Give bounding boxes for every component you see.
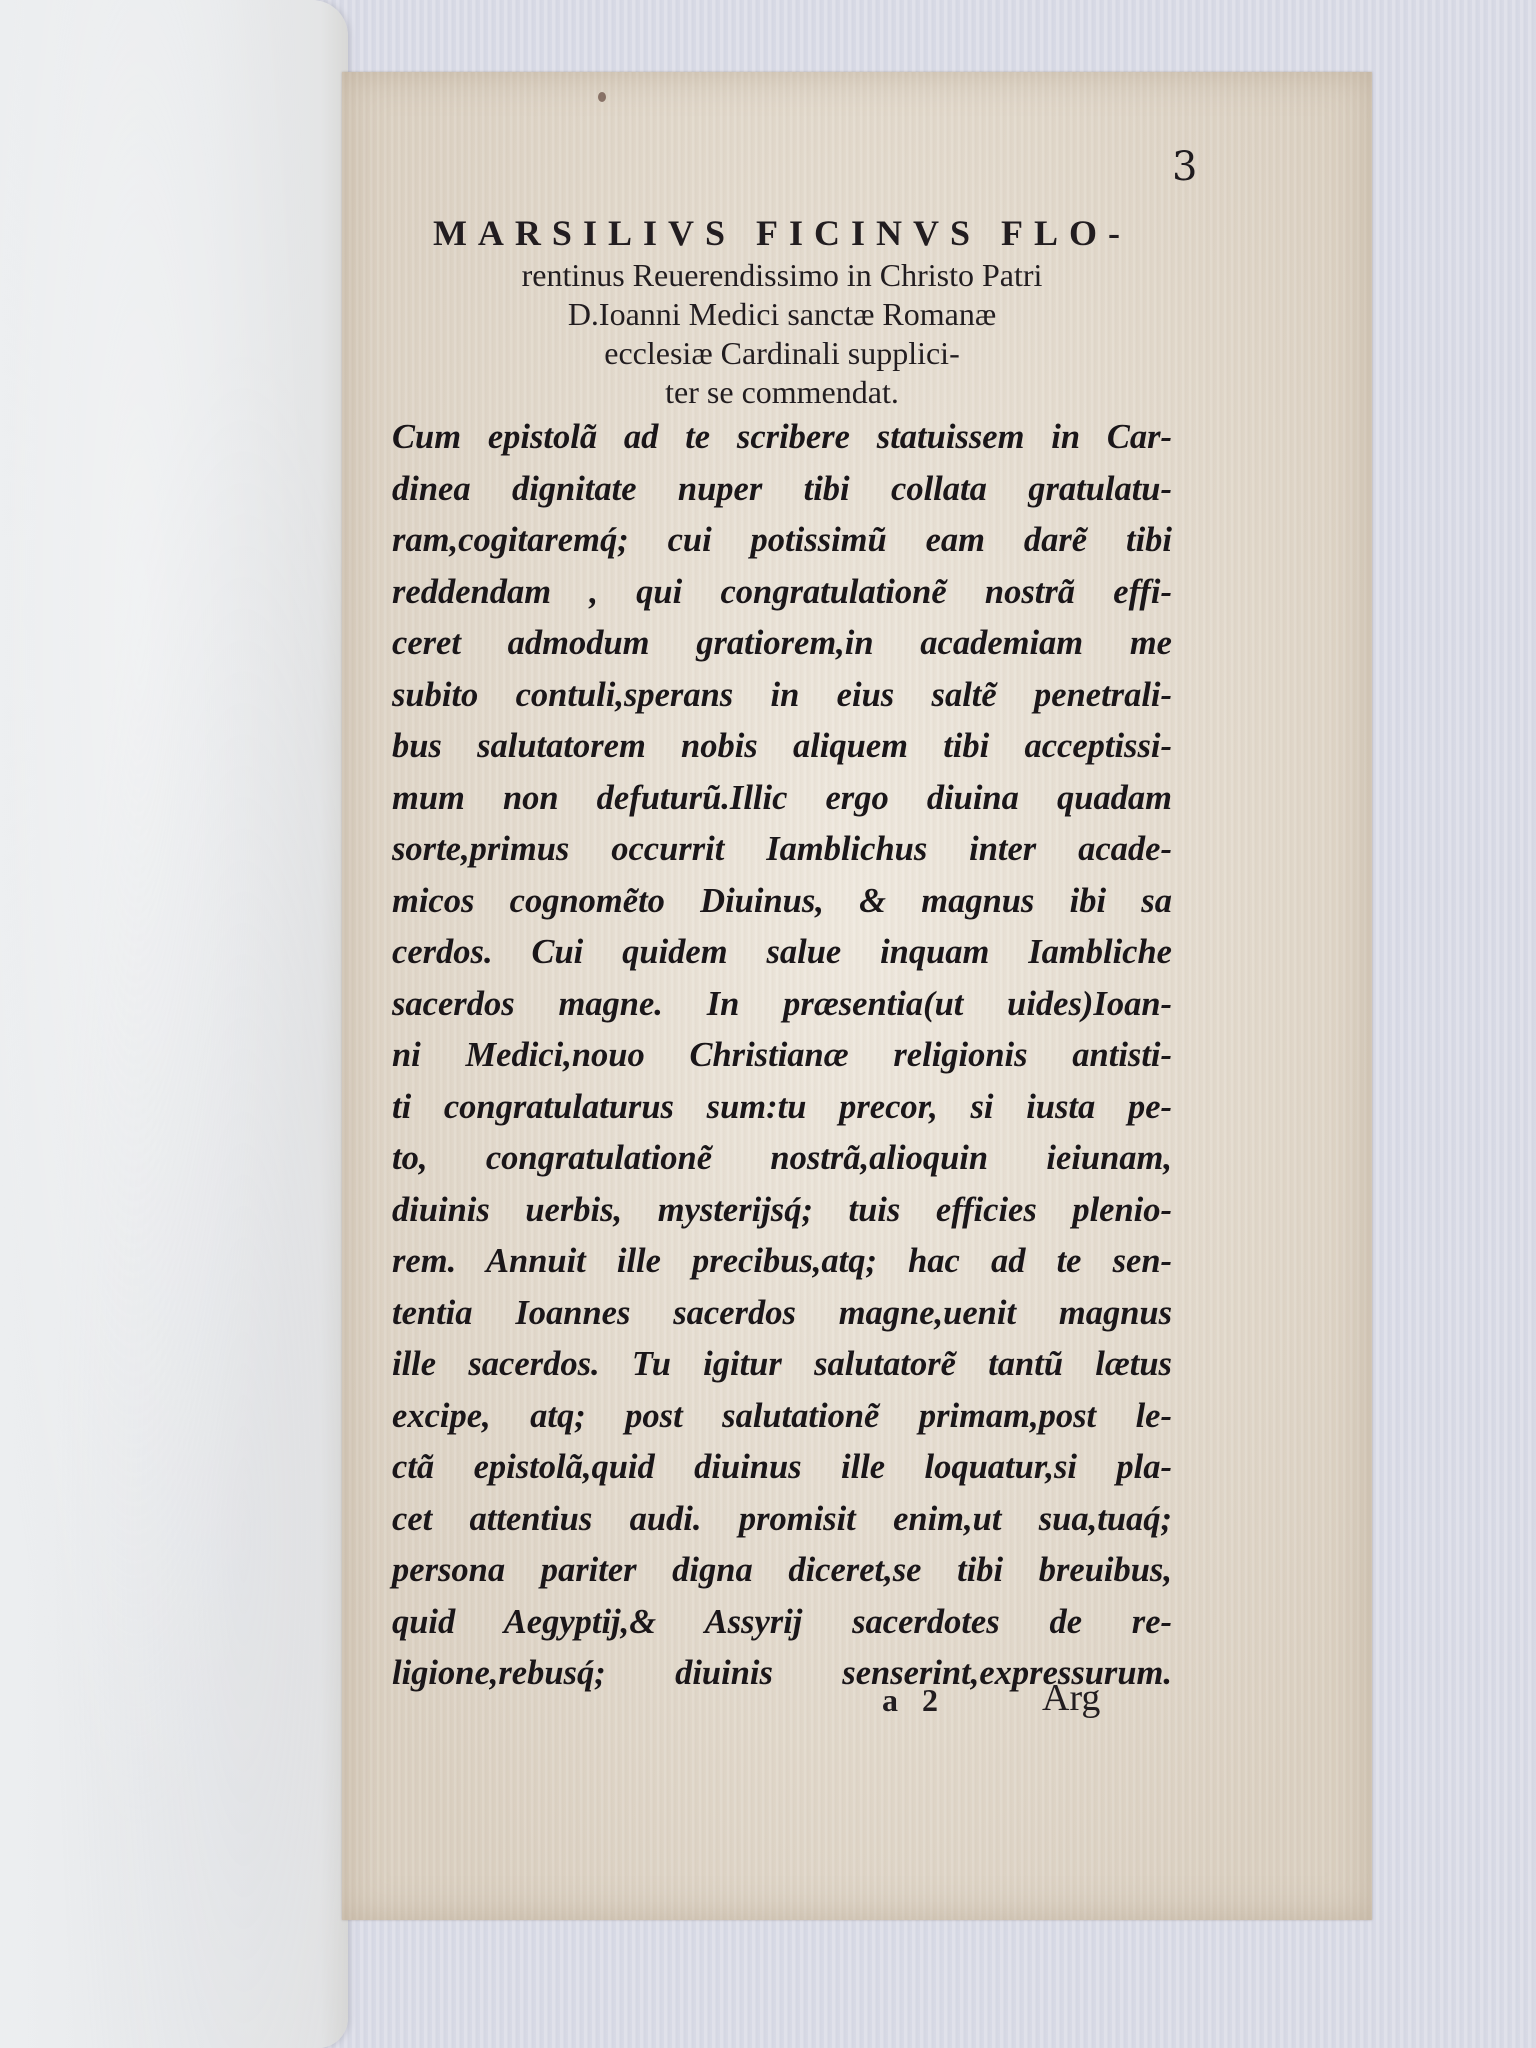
text-line: micos cognomẽto Diuinus, & magnus ibi sa <box>392 876 1172 928</box>
text-line: cet attentius audi. promisit enim,ut sua… <box>392 1494 1172 1546</box>
heading-line: D.Ioanni Medici sanctæ Romanæ <box>382 295 1182 334</box>
text-line: ctã epistolã,quid diuinus ille loquatur,… <box>392 1442 1172 1494</box>
text-line: reddendam , qui congratulationẽ nostrã e… <box>392 567 1172 619</box>
text-line: to, congratulationẽ nostrã,alioquin ieiu… <box>392 1133 1172 1185</box>
text-line: tentia Ioannes sacerdos magne,uenit magn… <box>392 1288 1172 1340</box>
signature-mark: a 2 <box>882 1682 946 1719</box>
heading-line: ecclesiæ Cardinali supplici- <box>382 334 1182 373</box>
text-line: excipe, atq; post salutationẽ primam,pos… <box>392 1391 1172 1443</box>
facing-left-page <box>0 0 348 2048</box>
text-line: sorte,primus occurrit Iamblichus inter a… <box>392 824 1172 876</box>
text-line: ille sacerdos. Tu igitur salutatorẽ tant… <box>392 1339 1172 1391</box>
folio-number: 3 <box>1172 144 1197 190</box>
heading-line: ter se commendat. <box>382 373 1182 412</box>
text-line: Cum epistolã ad te scribere statuissem i… <box>392 412 1172 464</box>
heading-author-caps: MARSILIVS FICINVS FLO- <box>382 210 1182 256</box>
heading-line: rentinus Reuerendissimo in Christo Patri <box>382 256 1182 295</box>
text-line: bus salutatorem nobis aliquem tibi accep… <box>392 721 1172 773</box>
letter-body: Cum epistolã ad te scribere statuissem i… <box>392 412 1172 1700</box>
text-line: sacerdos magne. In præsentia(ut uides)Io… <box>392 979 1172 1031</box>
text-line: subito contuli,sperans in eius saltẽ pen… <box>392 670 1172 722</box>
text-line: dinea dignitate nuper tibi collata gratu… <box>392 464 1172 516</box>
text-line: mum non defuturũ.Illic ergo diuina quada… <box>392 773 1172 825</box>
text-line: diuinis uerbis, mysterijsq́; tuis effici… <box>392 1185 1172 1237</box>
ink-speck <box>598 92 606 102</box>
text-line: cerdos. Cui quidem salue inquam Iamblich… <box>392 927 1172 979</box>
dedication-heading: MARSILIVS FICINVS FLO- rentinus Reuerend… <box>382 210 1182 412</box>
text-line: persona pariter digna diceret,se tibi br… <box>392 1545 1172 1597</box>
text-line: quid Aegyptij,& Assyrij sacerdotes de re… <box>392 1597 1172 1649</box>
text-line: ram,cogitaremq́; cui potissimũ eam darẽ … <box>392 515 1172 567</box>
text-line: ti congratulaturus sum:tu precor, si ius… <box>392 1082 1172 1134</box>
text-line: ni Medici,nouo Christianæ religionis ant… <box>392 1030 1172 1082</box>
text-line: rem. Annuit ille precibus,atq; hac ad te… <box>392 1236 1172 1288</box>
text-line: ceret admodum gratiorem,in academiam me <box>392 618 1172 670</box>
catchword: Arg <box>1042 1676 1100 1720</box>
book-page: 3 MARSILIVS FICINVS FLO- rentinus Reuere… <box>342 72 1372 1920</box>
